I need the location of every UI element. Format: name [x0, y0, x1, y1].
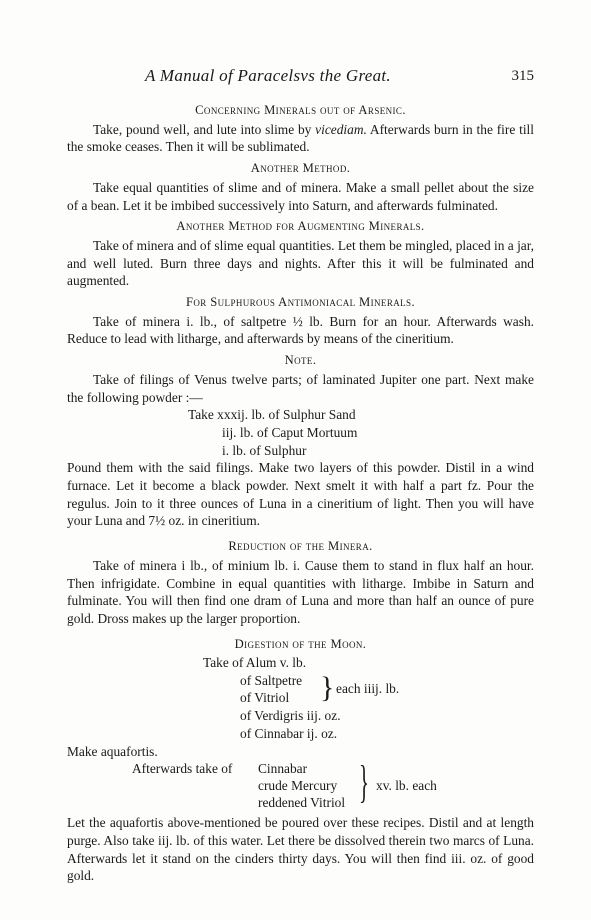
- section-heading: Concerning Minerals out of Arsenic.: [67, 102, 534, 120]
- recipe-line: of Saltpetre: [240, 672, 302, 690]
- paragraph: Take of filings of Venus twelve parts; o…: [67, 371, 534, 406]
- section-heading: Digestion of the Moon.: [67, 636, 534, 654]
- paragraph: Let the aquafortis above-mentioned be po…: [67, 814, 534, 885]
- recipe-list: Take xxxij. lb. of Sulphur Sand iij. lb.…: [67, 406, 534, 459]
- section-heading: For Sulphurous Antimoniacal Minerals.: [67, 294, 534, 312]
- brace-icon: }: [320, 672, 334, 704]
- brace-icon: }: [359, 756, 369, 808]
- recipe-line: i. lb. of Sulphur: [188, 442, 534, 460]
- section-heading: Another Method for Augmenting Minerals.: [67, 218, 534, 236]
- recipe-line: Take xxxij. lb. of Sulphur Sand: [188, 406, 534, 424]
- recipe-line: of Vitriol: [240, 689, 289, 707]
- recipe-lead: Afterwards take of: [132, 760, 232, 778]
- recipe-line: of Verdigris iij. oz.: [203, 707, 534, 725]
- italic-term: vicediam.: [315, 122, 367, 137]
- paragraph: Take of minera and of slime equal quanti…: [67, 237, 534, 290]
- recipe-line: Cinnabar: [258, 760, 307, 778]
- recipe-list: Take of Alum v. lb. of Saltpetre of Vitr…: [67, 654, 534, 742]
- page-number: 315: [512, 68, 535, 85]
- paragraph: Take equal quantities of slime and of mi…: [67, 179, 534, 214]
- recipe-list: Afterwards take of Cinnabar crude Mercur…: [67, 760, 534, 814]
- page-body: Concerning Minerals out of Arsenic. Take…: [67, 98, 534, 885]
- paragraph: Pound them with the said filings. Make t…: [67, 459, 534, 530]
- section-heading: Another Method.: [67, 160, 534, 178]
- running-title: A Manual of Paracelsvs the Great.: [145, 66, 391, 86]
- recipe-line: crude Mercury: [258, 777, 337, 795]
- paragraph: Take, pound well, and lute into slime by…: [67, 121, 534, 156]
- section-heading: Reduction of the Minera.: [67, 538, 534, 556]
- page-header: A Manual of Paracelsvs the Great. 315: [67, 66, 534, 88]
- recipe-quantity: xv. lb. each: [376, 777, 437, 795]
- recipe-quantity: each iiij. lb.: [336, 680, 399, 698]
- paragraph: Take of minera i lb., of minium lb. i. C…: [67, 557, 534, 628]
- recipe-group: of Saltpetre of Vitriol } each iiij. lb.: [240, 672, 534, 707]
- recipe-line: iij. lb. of Caput Mortuum: [188, 424, 534, 442]
- recipe-line: Take of Alum v. lb.: [203, 654, 534, 672]
- recipe-line: reddened Vitriol: [258, 794, 345, 812]
- text: Take, pound well, and lute into slime by: [93, 122, 315, 137]
- recipe-line: of Cinnabar ij. oz.: [203, 725, 534, 743]
- section-heading: Note.: [67, 352, 534, 370]
- paragraph: Take of minera i. lb., of saltpetre ½ lb…: [67, 313, 534, 348]
- paragraph: Make aquafortis.: [67, 743, 534, 761]
